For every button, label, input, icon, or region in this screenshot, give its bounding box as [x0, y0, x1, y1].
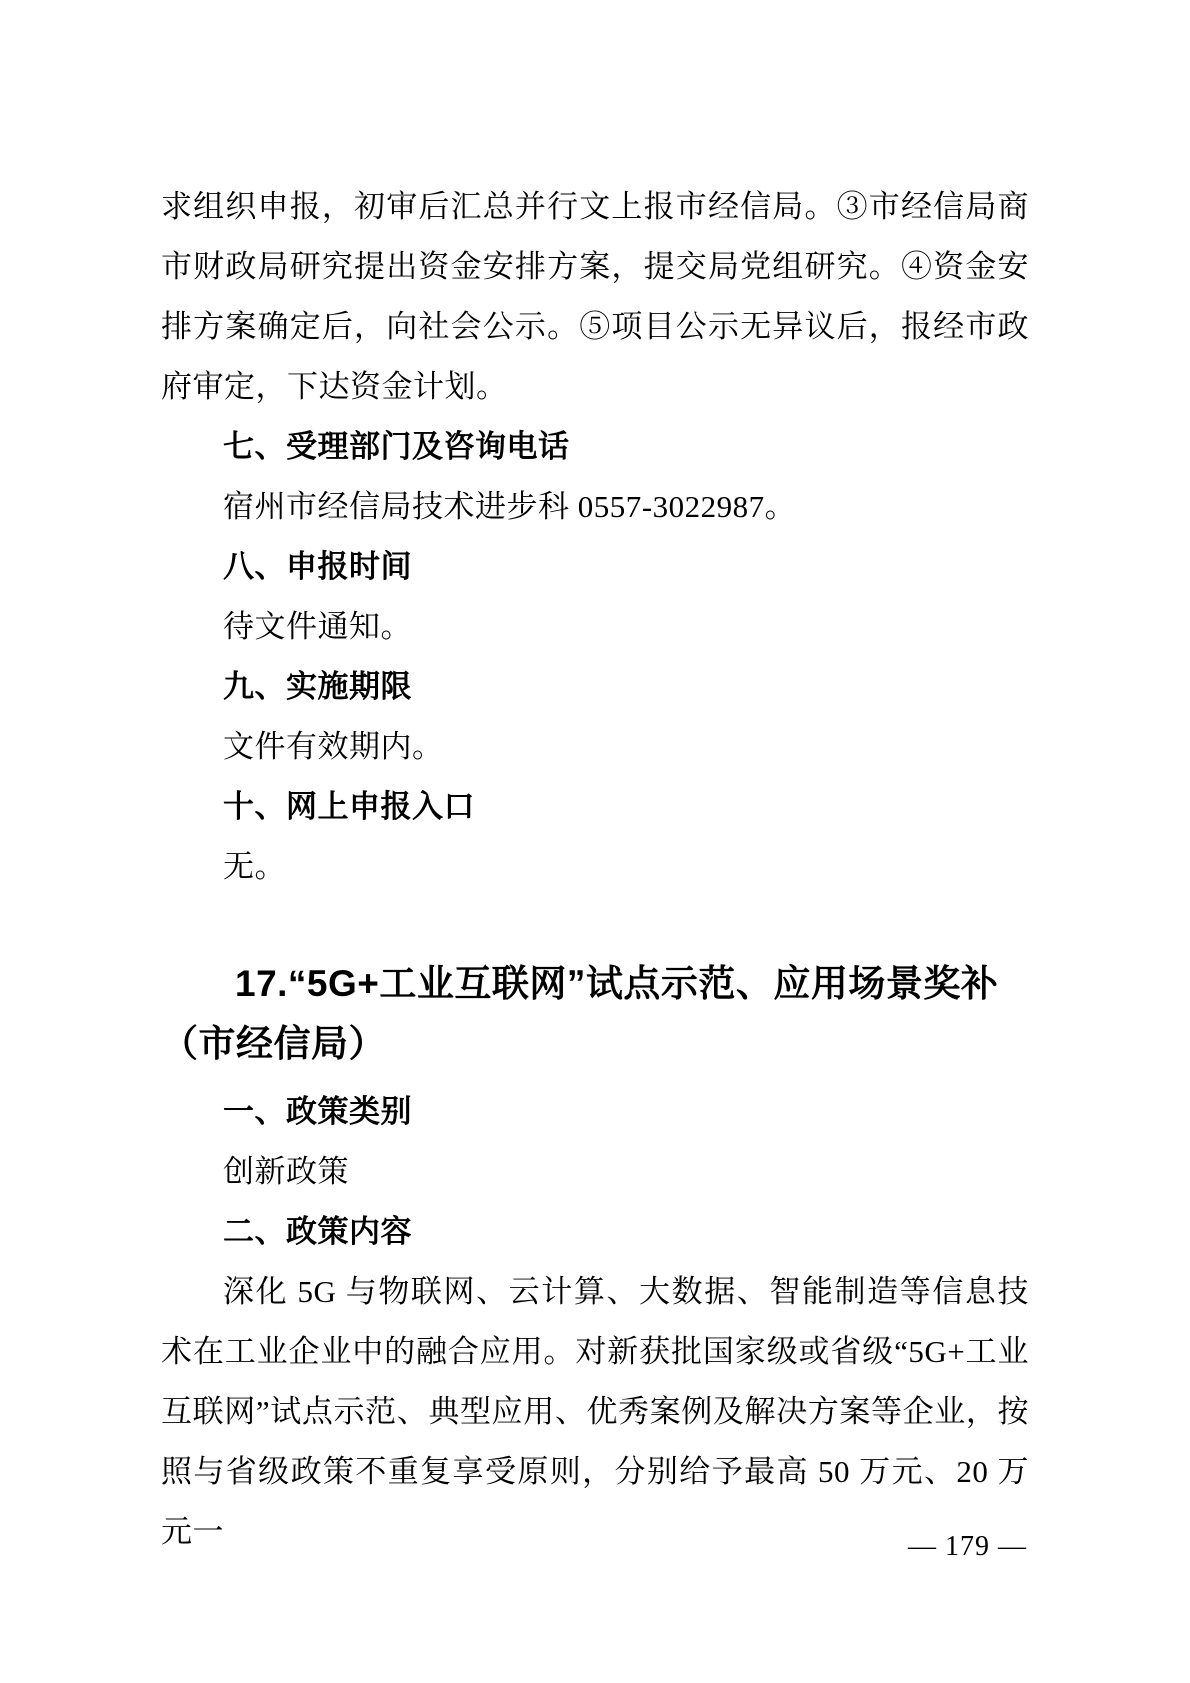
paragraph-contact-phone: 宿州市经信局技术进步科 0557-3022987。	[161, 477, 1029, 537]
policy-17-title: 17.“5G+工业互联网”试点示范、应用场景奖补	[235, 963, 998, 1004]
policy-17-title-block: 17.“5G+工业互联网”试点示范、应用场景奖补 （市经信局）	[161, 954, 1029, 1074]
document-content: 求组织申报，初审后汇总并行文上报市经信局。③市经信局商市财政局研究提出资金安排方…	[161, 177, 1029, 1562]
heading-policy-category: 一、政策类别	[161, 1082, 1029, 1142]
policy-17-department: （市经信局）	[161, 1014, 1029, 1074]
heading-application-time: 八、申报时间	[161, 537, 1029, 597]
heading-implementation-period: 九、实施期限	[161, 657, 1029, 717]
paragraph-application-time: 待文件通知。	[161, 597, 1029, 657]
heading-online-application-portal: 十、网上申报入口	[161, 777, 1029, 837]
heading-policy-content: 二、政策内容	[161, 1202, 1029, 1262]
document-page: 求组织申报，初审后汇总并行文上报市经信局。③市经信局商市财政局研究提出资金安排方…	[0, 0, 1190, 1683]
page-number: — 179 —	[908, 1532, 1027, 1562]
paragraph-implementation-period: 文件有效期内。	[161, 717, 1029, 777]
paragraph-policy-category: 创新政策	[161, 1142, 1029, 1202]
paragraph-online-application-portal: 无。	[161, 837, 1029, 897]
heading-accepting-department-and-phone: 七、受理部门及咨询电话	[161, 417, 1029, 477]
paragraph-policy-content: 深化 5G 与物联网、云计算、大数据、智能制造等信息技术在工业企业中的融合应用。…	[161, 1262, 1029, 1562]
paragraph-funding-procedure-continuation: 求组织申报，初审后汇总并行文上报市经信局。③市经信局商市财政局研究提出资金安排方…	[161, 177, 1029, 417]
